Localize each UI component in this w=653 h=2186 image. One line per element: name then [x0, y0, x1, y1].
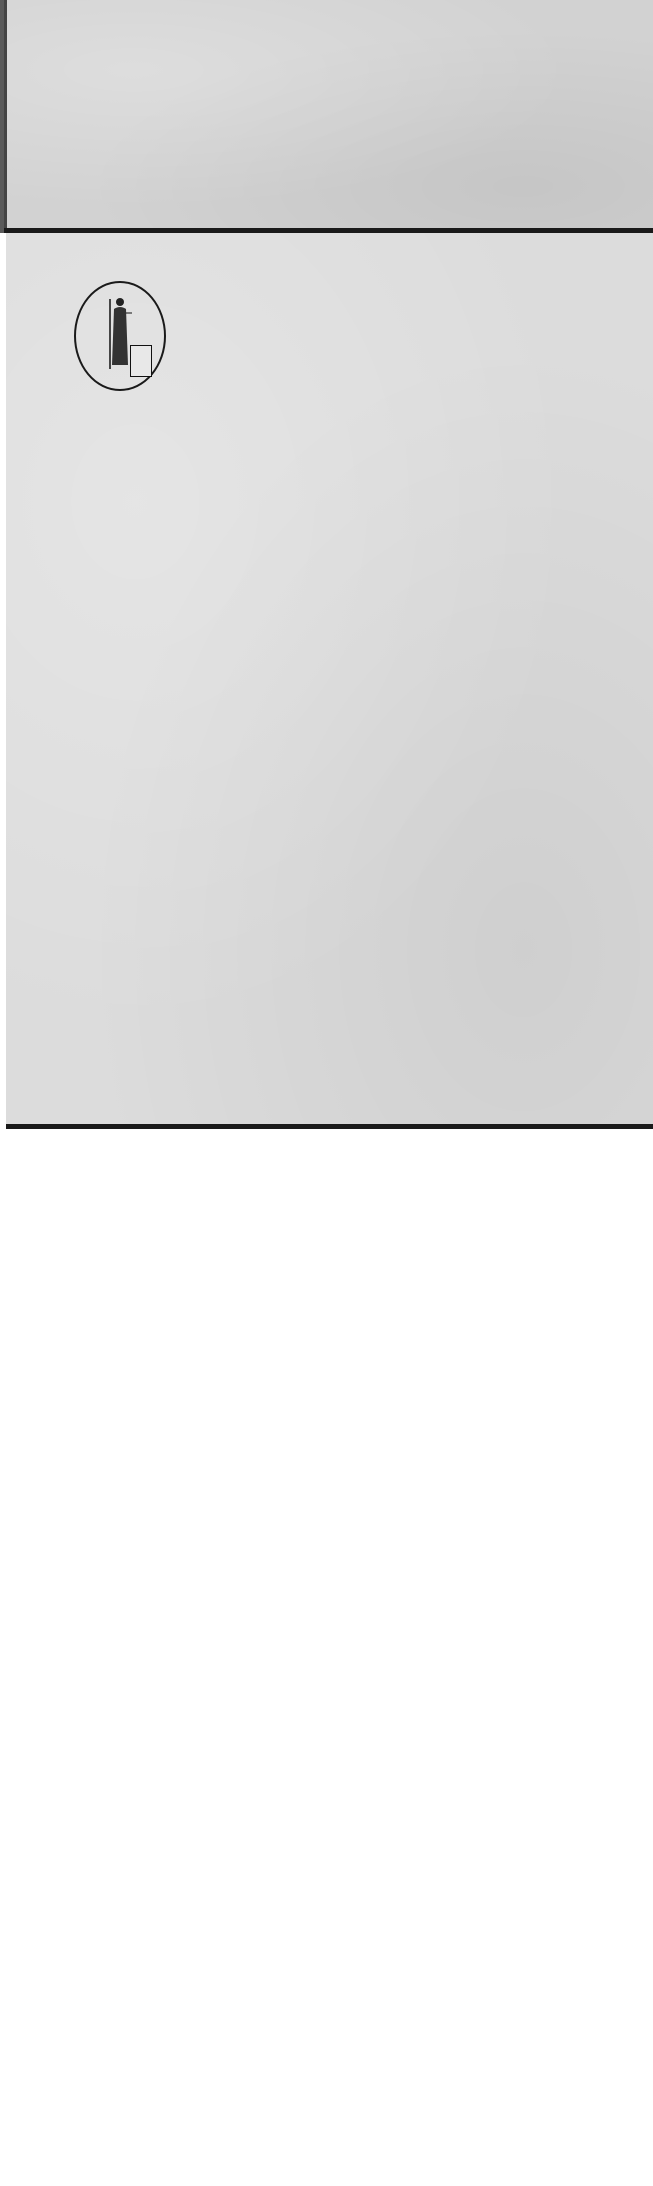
record-body-strip-1 [0, 233, 653, 1129]
imperial-tax-stamp [74, 281, 166, 391]
justice-figure-icon [108, 295, 132, 373]
stamp-value [130, 345, 152, 377]
record-header-strip [0, 0, 653, 233]
